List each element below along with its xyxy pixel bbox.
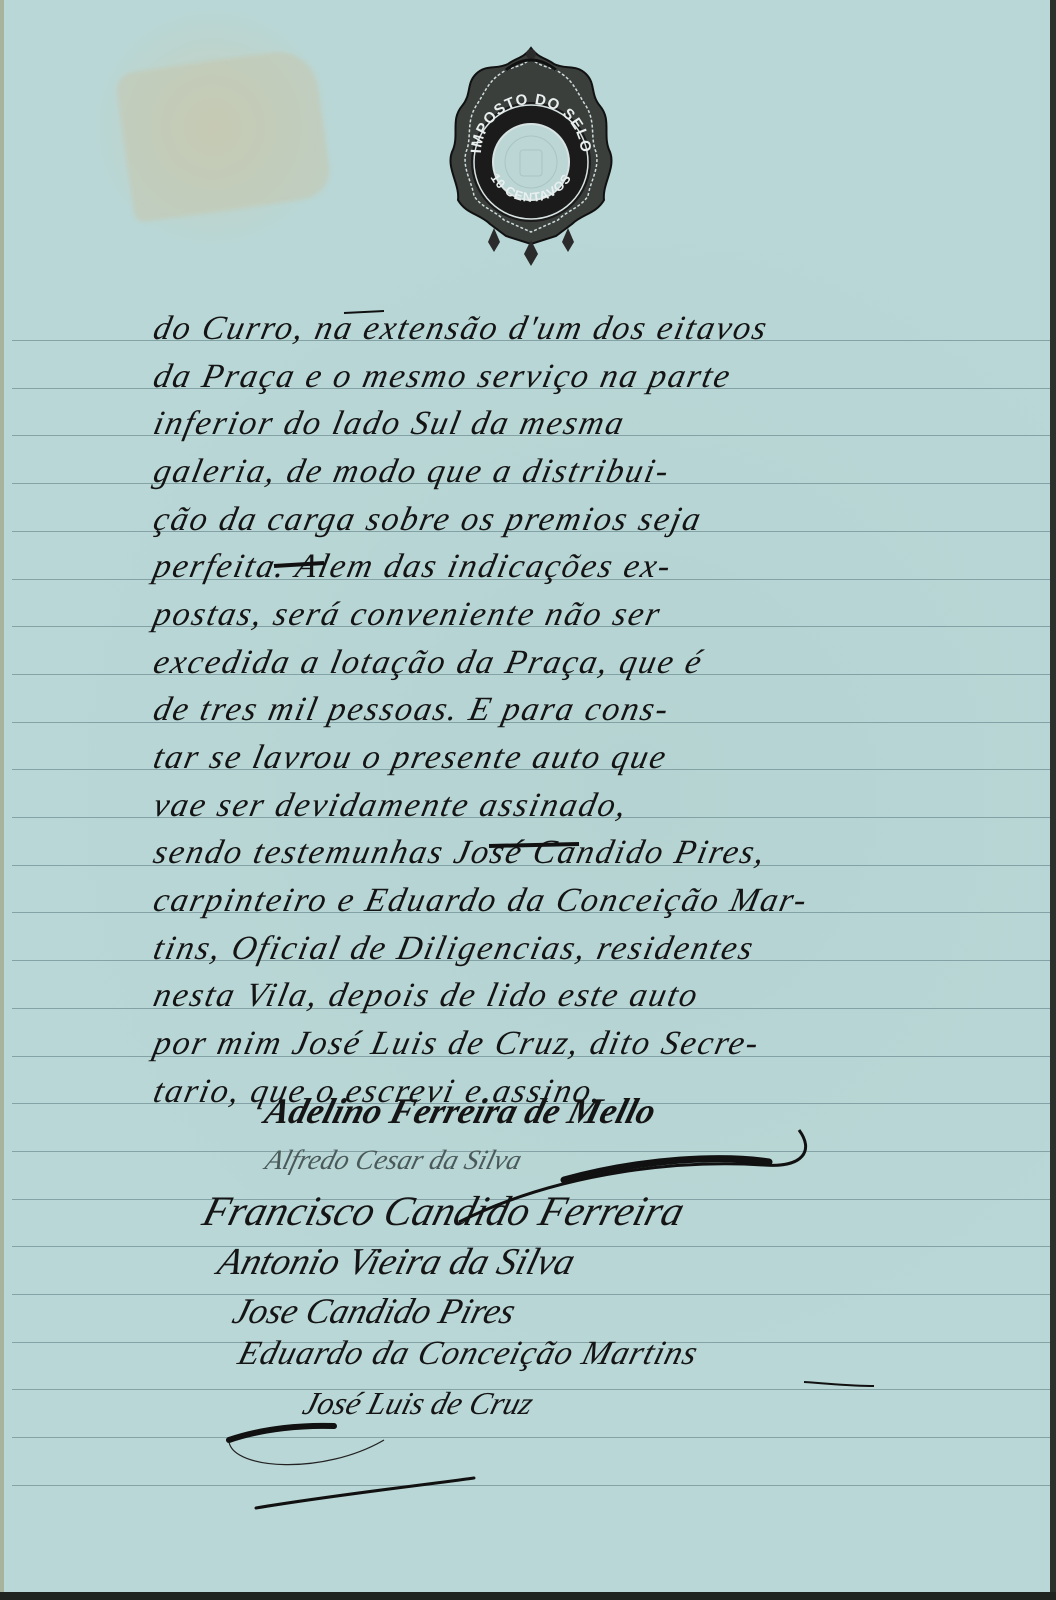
paper-edge <box>1050 0 1056 1592</box>
signature-flourishes <box>4 0 1054 1592</box>
document-page: IMPOSTO DO SELO 10 CENTAVOS do Curro, na… <box>0 0 1050 1592</box>
